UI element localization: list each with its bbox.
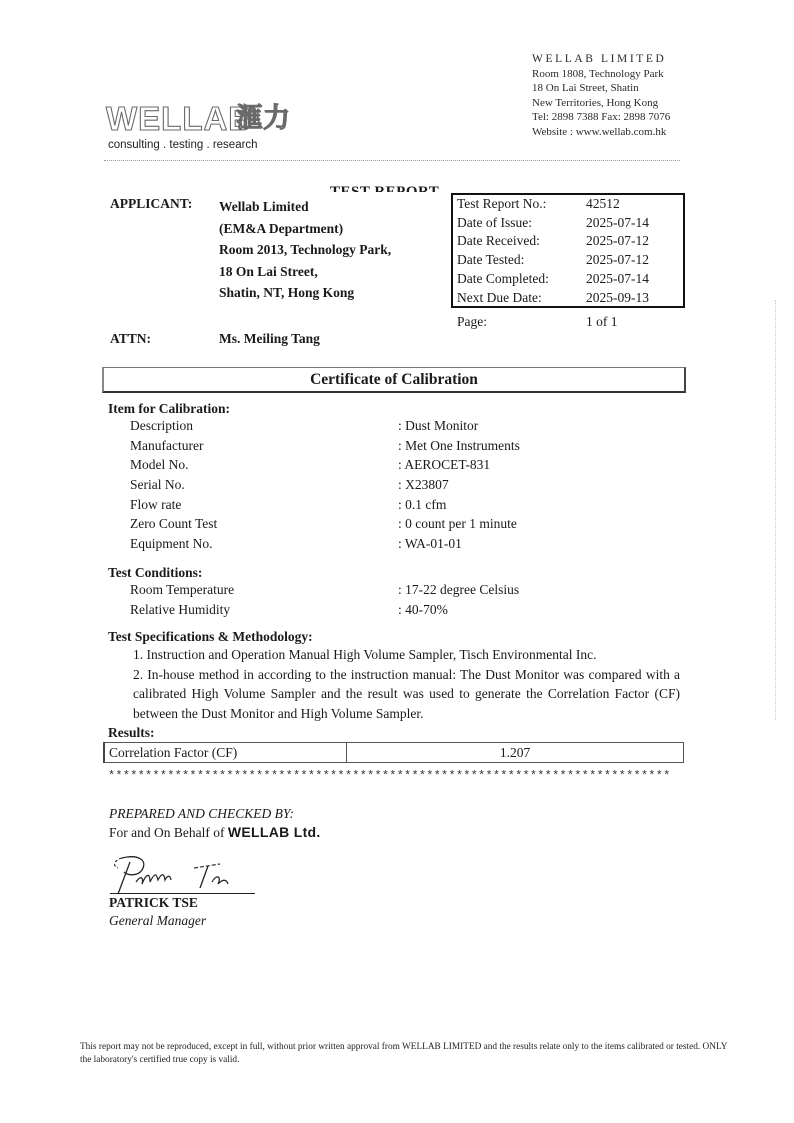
- info-value: 2025-07-14: [586, 270, 649, 289]
- address-line: 18 On Lai Street, Shatin: [532, 81, 670, 96]
- test-conditions-list: Room Temperature : 17-22 degree Celsius …: [130, 580, 519, 619]
- item-for-calibration-heading: Item for Calibration:: [108, 401, 230, 417]
- info-row-date-completed: Date Completed: 2025-07-14: [457, 270, 649, 289]
- result-label: Correlation Factor (CF): [105, 743, 347, 762]
- attn-value: Ms. Meiling Tang: [219, 331, 320, 347]
- info-label: Next Due Date:: [457, 289, 586, 308]
- certificate-title: Certificate of Calibration: [310, 371, 478, 389]
- result-value: 1.207: [347, 743, 683, 762]
- certificate-title-bar: Certificate of Calibration: [102, 367, 686, 393]
- attn-label: ATTN:: [110, 331, 151, 347]
- item-value: : 0.1 cfm: [398, 495, 446, 515]
- results-table: Correlation Factor (CF) 1.207: [103, 742, 684, 763]
- info-label: Date of Issue:: [457, 214, 586, 233]
- info-label: Date Completed:: [457, 270, 586, 289]
- signature-line: [110, 893, 255, 894]
- page-value: 1 of 1: [586, 314, 618, 330]
- signer-title: General Manager: [109, 913, 206, 929]
- info-value: 2025-07-12: [586, 251, 649, 270]
- info-row-date-of-issue: Date of Issue: 2025-07-14: [457, 214, 649, 233]
- info-value: 42512: [586, 195, 620, 214]
- address-line: New Territories, Hong Kong: [532, 96, 670, 111]
- info-row-next-due-date: Next Due Date: 2025-09-13: [457, 289, 649, 308]
- condition-value: : 40-70%: [398, 600, 448, 620]
- company-logo-chinese: 滙力: [236, 102, 290, 136]
- condition-row-relative-humidity: Relative Humidity : 40-70%: [130, 600, 519, 620]
- item-label: Description: [130, 416, 398, 436]
- company-logo: WELLAB: [106, 101, 253, 137]
- item-label: Flow rate: [130, 495, 398, 515]
- item-value: : X23807: [398, 475, 449, 495]
- scan-margin-mark: [775, 300, 776, 720]
- report-info-table: Test Report No.: 42512 Date of Issue: 20…: [457, 195, 649, 307]
- info-value: 2025-09-13: [586, 289, 649, 308]
- report-title: TEST REPORT: [330, 182, 439, 192]
- item-label: Serial No.: [130, 475, 398, 495]
- applicant-label: APPLICANT:: [110, 196, 192, 212]
- item-for-calibration-list: Description : Dust Monitor Manufacturer …: [130, 416, 520, 554]
- address-line: Room 1808, Technology Park: [532, 67, 670, 82]
- item-row-manufacturer: Manufacturer : Met One Instruments: [130, 436, 520, 456]
- info-row-report-no: Test Report No.: 42512: [457, 195, 649, 214]
- on-behalf-of: For and On Behalf of WELLAB Ltd.: [109, 824, 321, 841]
- item-value: : 0 count per 1 minute: [398, 514, 517, 534]
- item-value: : Met One Instruments: [398, 436, 520, 456]
- company-tagline: consulting . testing . research: [108, 139, 258, 151]
- signer-name: PATRICK TSE: [109, 895, 198, 911]
- applicant-line: Room 2013, Technology Park,: [219, 239, 391, 261]
- item-row-model-no: Model No. : AEROCET-831: [130, 455, 520, 475]
- item-label: Equipment No.: [130, 534, 398, 554]
- company-name: WELLAB LIMITED: [532, 52, 670, 67]
- prepared-by-label: PREPARED AND CHECKED BY:: [109, 806, 294, 822]
- results-heading: Results:: [108, 725, 155, 741]
- page-label: Page:: [457, 314, 586, 330]
- condition-value: : 17-22 degree Celsius: [398, 580, 519, 600]
- info-label: Test Report No.:: [457, 195, 586, 214]
- contact-website: Website : www.wellab.com.hk: [532, 125, 670, 140]
- condition-row-room-temperature: Room Temperature : 17-22 degree Celsius: [130, 580, 519, 600]
- item-label: Model No.: [130, 455, 398, 475]
- footer-disclaimer: This report may not be reproduced, excep…: [80, 1041, 730, 1067]
- applicant-line: 18 On Lai Street,: [219, 261, 391, 283]
- spec-item: 1. Instruction and Operation Manual High…: [133, 645, 680, 665]
- item-row-serial-no: Serial No. : X23807: [130, 475, 520, 495]
- condition-label: Room Temperature: [130, 580, 398, 600]
- item-value: : Dust Monitor: [398, 416, 478, 436]
- condition-label: Relative Humidity: [130, 600, 398, 620]
- item-label: Manufacturer: [130, 436, 398, 456]
- applicant-line: Wellab Limited: [219, 196, 391, 218]
- contact-phone-fax: Tel: 2898 7388 Fax: 2898 7076: [532, 110, 670, 125]
- item-row-zero-count-test: Zero Count Test : 0 count per 1 minute: [130, 514, 520, 534]
- behalf-prefix: For and On Behalf of: [109, 825, 228, 840]
- header-divider: [104, 160, 680, 161]
- info-row-date-tested: Date Tested: 2025-07-12: [457, 251, 649, 270]
- applicant-line: (EM&A Department): [219, 218, 391, 240]
- item-row-flow-rate: Flow rate : 0.1 cfm: [130, 495, 520, 515]
- test-specifications-list: 1. Instruction and Operation Manual High…: [133, 645, 680, 723]
- info-value: 2025-07-12: [586, 232, 649, 251]
- item-row-equipment-no: Equipment No. : WA-01-01: [130, 534, 520, 554]
- behalf-company: WELLAB Ltd.: [228, 824, 321, 840]
- company-address-block: WELLAB LIMITED Room 1808, Technology Par…: [532, 52, 670, 139]
- end-of-results-marker: ****************************************…: [108, 769, 683, 783]
- applicant-line: Shatin, NT, Hong Kong: [219, 282, 391, 304]
- item-row-description: Description : Dust Monitor: [130, 416, 520, 436]
- test-specifications-heading: Test Specifications & Methodology:: [108, 629, 313, 645]
- applicant-address: Wellab Limited (EM&A Department) Room 20…: [219, 196, 391, 304]
- info-value: 2025-07-14: [586, 214, 649, 233]
- spec-item: 2. In-house method in according to the i…: [133, 665, 680, 724]
- info-label: Date Received:: [457, 232, 586, 251]
- item-value: : AEROCET-831: [398, 455, 490, 475]
- page-number: Page: 1 of 1: [457, 314, 618, 330]
- item-label: Zero Count Test: [130, 514, 398, 534]
- info-row-date-received: Date Received: 2025-07-12: [457, 232, 649, 251]
- item-value: : WA-01-01: [398, 534, 462, 554]
- test-conditions-heading: Test Conditions:: [108, 565, 202, 581]
- info-label: Date Tested:: [457, 251, 586, 270]
